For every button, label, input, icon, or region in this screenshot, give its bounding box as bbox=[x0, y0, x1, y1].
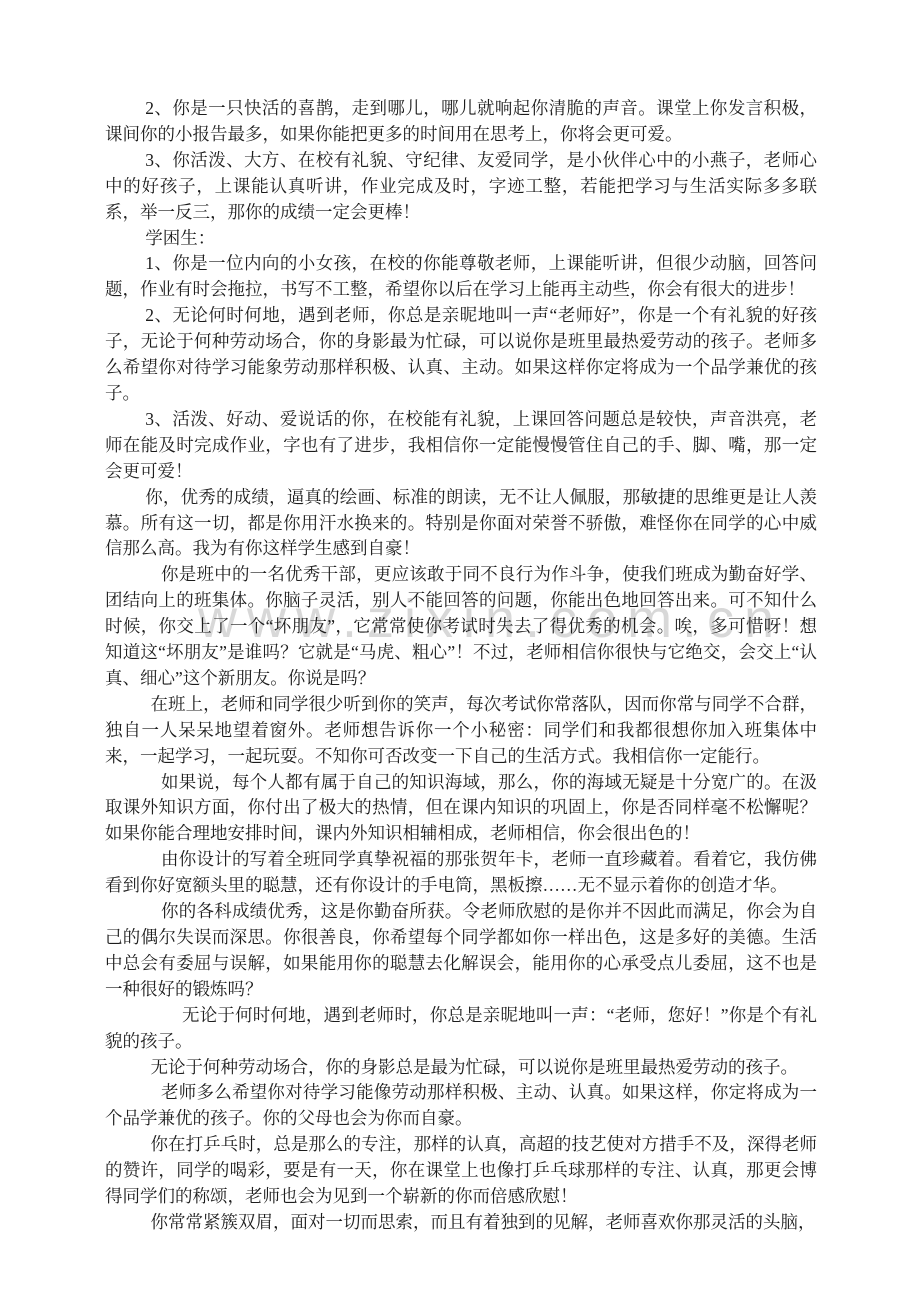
paragraph: 你的各科成绩优秀，这是你勤奋所获。令老师欣慰的是你并不因此而满足，你会为自己的偶… bbox=[105, 899, 817, 1003]
paragraph: 无论于何时何地，遇到老师时，你总是亲昵地叫一声：“老师，您好！”你是个有礼貌的孩… bbox=[105, 1003, 817, 1055]
paragraph: 1、你是一位内向的小女孩，在校的你能尊敬老师，上课能听讲，但很少动脑，回答问题，… bbox=[105, 251, 817, 303]
paragraph: 老师多么希望你对待学习能像劳动那样积极、主动、认真。如果这样，你定将成为一个品学… bbox=[105, 1080, 817, 1132]
paragraph: 你是班中的一名优秀干部，更应该敢于同不良行为作斗争，使我们班成为勤奋好学、团结向… bbox=[105, 562, 817, 692]
document-page: www.zixin.com.cn 2、你是一只快活的喜鹊，走到哪儿，哪儿就响起你… bbox=[0, 0, 920, 1302]
paragraph: 如果说，每个人都有属于自己的知识海域，那么，你的海域无疑是十分宽广的。在汲取课外… bbox=[105, 770, 817, 848]
document-content: 2、你是一只快活的喜鹊，走到哪儿，哪儿就响起你清脆的声音。课堂上你发言积极，课间… bbox=[0, 0, 920, 1236]
paragraph: 在班上，老师和同学很少听到你的笑声，每次考试你常落队，因而你常与同学不合群，独自… bbox=[105, 692, 817, 770]
paragraph: 3、活泼、好动、爱说话的你，在校能有礼貌，上课回答问题总是较快，声音洪亮，老师在… bbox=[105, 407, 817, 485]
paragraph: 学困生： bbox=[105, 226, 817, 252]
paragraph: 无论于何种劳动场合，你的身影总是最为忙碌，可以说你是班里最热爱劳动的孩子。 bbox=[105, 1055, 817, 1081]
paragraph: 你在打乒乓时，总是那么的专注，那样的认真，高超的技艺使对方措手不及，深得老师的赞… bbox=[105, 1132, 817, 1210]
paragraph: 2、你是一只快活的喜鹊，走到哪儿，哪儿就响起你清脆的声音。课堂上你发言积极，课间… bbox=[105, 96, 817, 148]
paragraph: 你，优秀的成绩，逼真的绘画、标准的朗读，无不让人佩服，那敏捷的思维更是让人羡慕。… bbox=[105, 485, 817, 563]
paragraph: 3、你活泼、大方、在校有礼貌、守纪律、友爱同学，是小伙伴心中的小燕子，老师心中的… bbox=[105, 148, 817, 226]
paragraph: 2、无论何时何地，遇到老师，你总是亲昵地叫一声“老师好”，你是一个有礼貌的好孩子… bbox=[105, 303, 817, 407]
paragraph: 由你设计的写着全班同学真挚祝福的那张贺年卡，老师一直珍藏着。看着它，我仿佛看到你… bbox=[105, 847, 817, 899]
paragraph: 你常常紧簇双眉，面对一切而思索，而且有着独到的见解，老师喜欢你那灵活的头脑， bbox=[105, 1210, 817, 1236]
